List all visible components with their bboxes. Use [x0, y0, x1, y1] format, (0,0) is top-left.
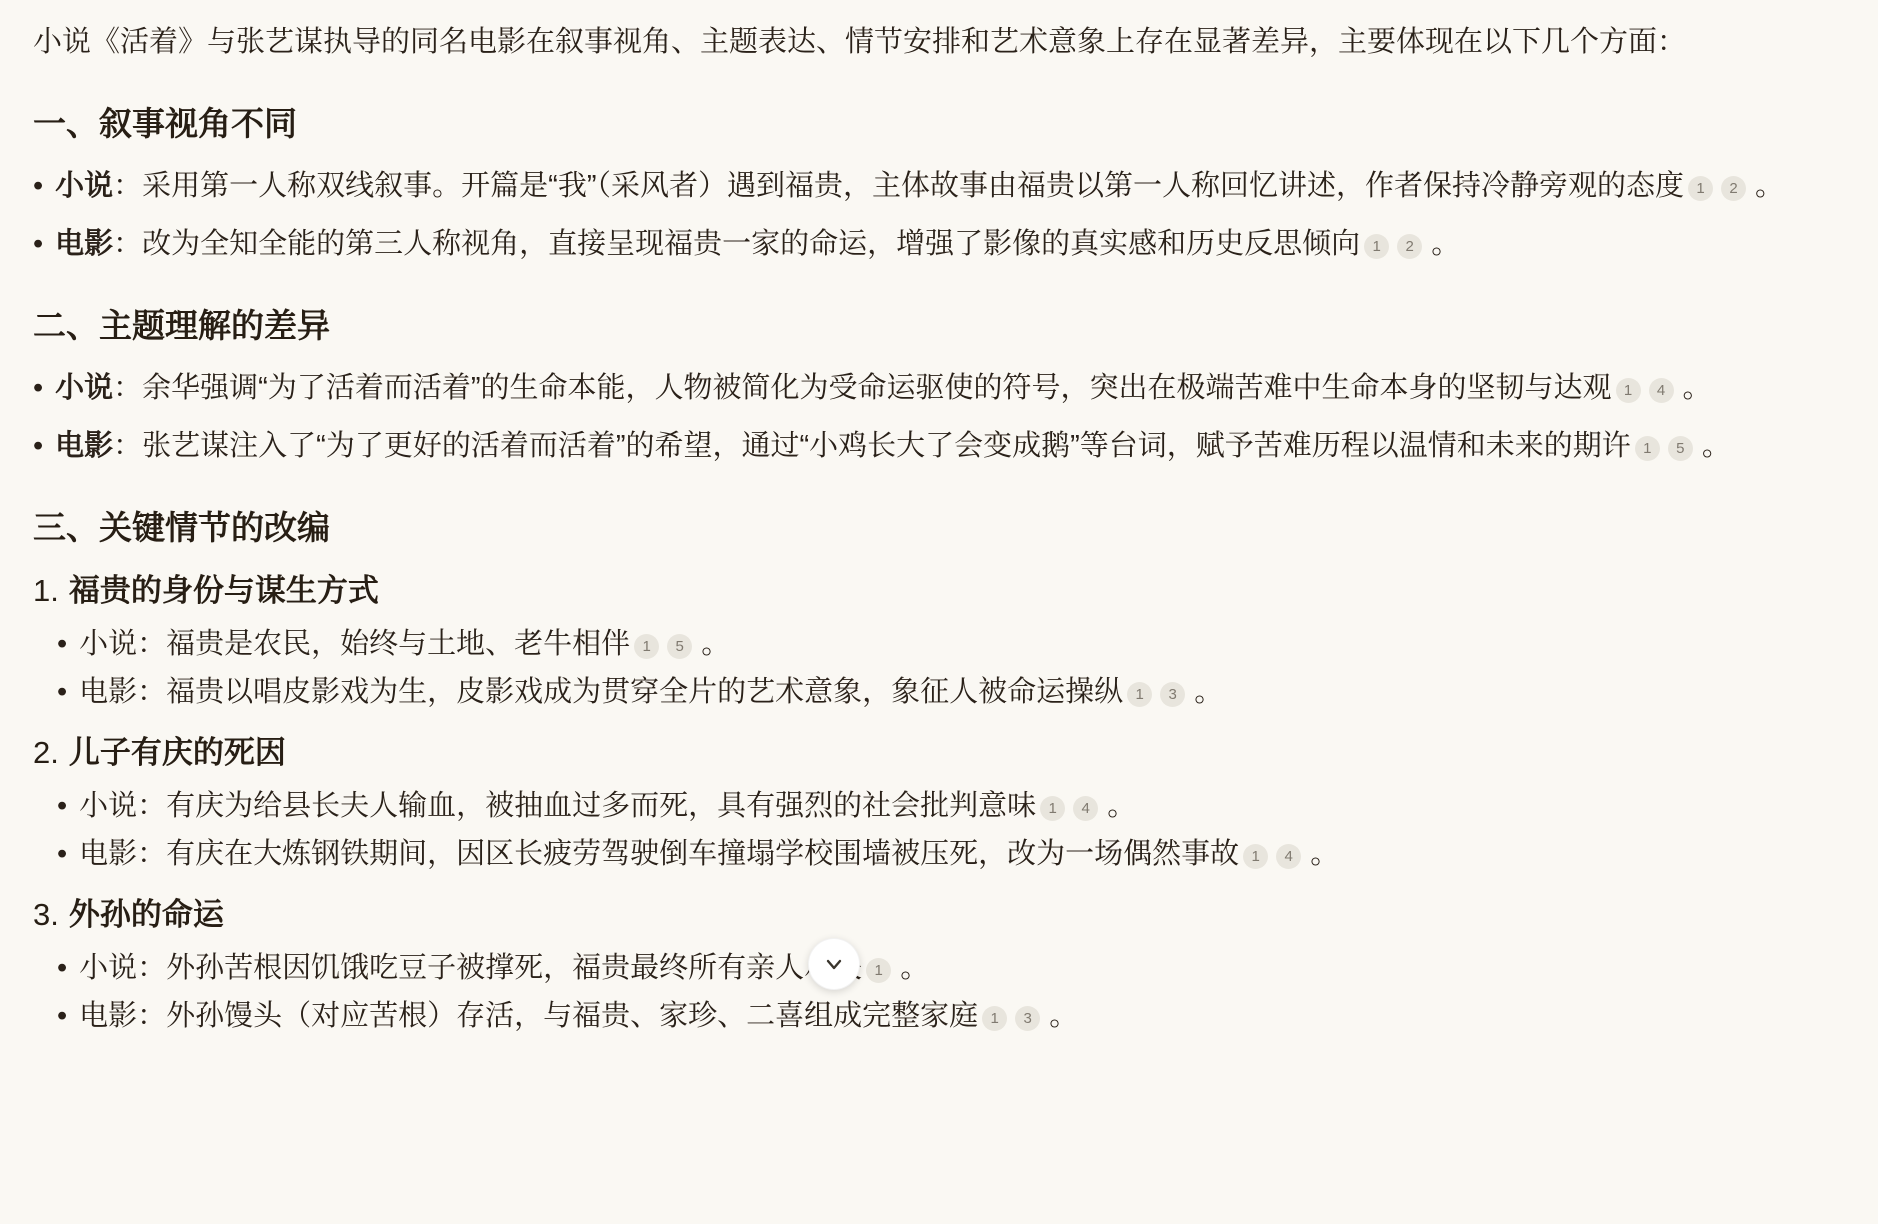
bullet-item: •电影：张艺谋注入了“为了更好的活着而活着”的希望，通过“小鸡长大了会变成鹅”等…: [33, 426, 1845, 466]
bullet-text: ：外孙苦根因饥饿吃豆子被撑死，福贵最终所有亲人尽失: [137, 952, 862, 984]
bullet-text: ：福贵以唱皮影戏为生，皮影戏成为贯穿全片的艺术意象，象征人被命运操纵: [137, 676, 1123, 708]
section-heading: 三、关键情节的改编: [33, 506, 1845, 550]
bullet-dot: •: [33, 170, 43, 202]
bullet-dot: •: [57, 952, 67, 984]
citation-badge[interactable]: 1: [1364, 234, 1389, 259]
bullet-label: 电影: [55, 228, 113, 260]
bullet-label: 电影: [79, 676, 137, 708]
scroll-to-bottom-button[interactable]: [808, 938, 860, 990]
bullet-text: ：张艺谋注入了“为了更好的活着而活着”的希望，通过“小鸡长大了会变成鹅”等台词，…: [113, 430, 1631, 462]
bullet-label: 小说: [79, 790, 137, 822]
citation-badge[interactable]: 1: [1243, 844, 1268, 869]
bullet-period: 。: [1702, 430, 1731, 462]
bullet-item: •电影：改为全知全能的第三人称视角，直接呈现福贵一家的命运，增强了影像的真实感和…: [33, 224, 1845, 264]
citation-badge[interactable]: 1: [1688, 176, 1713, 201]
intro-paragraph: 小说《活着》与张艺谋执导的同名电影在叙事视角、主题表达、情节安排和艺术意象上存在…: [33, 22, 1845, 62]
bullet-item: •电影：福贵以唱皮影戏为生，皮影戏成为贯穿全片的艺术意象，象征人被命运操纵13。: [33, 672, 1845, 712]
bullet-item: •电影：有庆在大炼钢铁期间，因区长疲劳驾驶倒车撞塌学校围墙被压死，改为一场偶然事…: [33, 834, 1845, 874]
bullet-period: 。: [1755, 170, 1784, 202]
citation-badge[interactable]: 4: [1073, 796, 1098, 821]
subsection-title: 外孙的命运: [69, 897, 224, 932]
bullet-period: 。: [900, 952, 929, 984]
bullet-item: •小说：福贵是农民，始终与土地、老牛相伴15。: [33, 624, 1845, 664]
subsection-heading: 1.福贵的身份与谋生方式: [33, 570, 1845, 612]
bullet-item: •小说：余华强调“为了活着而活着”的生命本能，人物被简化为受命运驱使的符号，突出…: [33, 368, 1845, 408]
citation-badge[interactable]: 2: [1397, 234, 1422, 259]
chat-response: 小说《活着》与张艺谋执导的同名电影在叙事视角、主题表达、情节安排和艺术意象上存在…: [0, 0, 1878, 1036]
bullet-label: 小说: [79, 952, 137, 984]
bullet-period: 。: [1107, 790, 1136, 822]
sections: 一、叙事视角不同•小说：采用第一人称双线叙事。开篇是“我”（采风者）遇到福贵，主…: [33, 102, 1845, 1036]
bullet-dot: •: [57, 790, 67, 822]
bullet-text: ：有庆在大炼钢铁期间，因区长疲劳驾驶倒车撞塌学校围墙被压死，改为一场偶然事故: [137, 838, 1239, 870]
bullet-period: 。: [1310, 838, 1339, 870]
bullet-dot: •: [33, 430, 43, 462]
bullet-label: 小说: [79, 628, 137, 660]
subsection-number: 1.: [33, 573, 59, 608]
subsection-heading: 2.儿子有庆的死因: [33, 732, 1845, 774]
bullet-dot: •: [33, 372, 43, 404]
subsection-heading: 3.外孙的命运: [33, 894, 1845, 936]
bullet-text: ：采用第一人称双线叙事。开篇是“我”（采风者）遇到福贵，主体故事由福贵以第一人称…: [113, 170, 1684, 202]
section-heading: 二、主题理解的差异: [33, 304, 1845, 348]
bullet-dot: •: [57, 676, 67, 708]
bullet-text: ：有庆为给县长夫人输血，被抽血过多而死，具有强烈的社会批判意味: [137, 790, 1036, 822]
bullet-label: 小说: [55, 170, 113, 202]
citation-badge[interactable]: 4: [1276, 844, 1301, 869]
bullet-period: 。: [1194, 676, 1223, 708]
chevron-down-icon: [820, 950, 848, 978]
subsection-title: 儿子有庆的死因: [69, 735, 286, 770]
bullet-label: 小说: [55, 372, 113, 404]
citation-badge[interactable]: 5: [1668, 436, 1693, 461]
bullet-dot: •: [57, 628, 67, 660]
bullet-text: ：外孙馒头（对应苦根）存活，与福贵、家珍、二喜组成完整家庭: [137, 1000, 978, 1032]
citation-badge[interactable]: 1: [634, 634, 659, 659]
subsection-number: 2.: [33, 735, 59, 770]
bullet-period: 。: [1683, 372, 1712, 404]
bullet-label: 电影: [79, 1000, 137, 1032]
bullet-item: •小说：外孙苦根因饥饿吃豆子被撑死，福贵最终所有亲人尽失1。: [33, 948, 1845, 988]
bullet-period: 。: [701, 628, 730, 660]
bullet-period: 。: [1431, 228, 1460, 260]
bullet-label: 电影: [79, 838, 137, 870]
citation-badge[interactable]: 1: [1040, 796, 1065, 821]
bullet-item: •小说：采用第一人称双线叙事。开篇是“我”（采风者）遇到福贵，主体故事由福贵以第…: [33, 166, 1845, 206]
bullet-label: 电影: [55, 430, 113, 462]
bullet-text: ：余华强调“为了活着而活着”的生命本能，人物被简化为受命运驱使的符号，突出在极端…: [113, 372, 1611, 404]
citation-badge[interactable]: 3: [1160, 682, 1185, 707]
citation-badge[interactable]: 1: [866, 958, 891, 983]
citation-badge[interactable]: 1: [982, 1006, 1007, 1031]
citation-badge[interactable]: 1: [1635, 436, 1660, 461]
bullet-period: 。: [1049, 1000, 1078, 1032]
subsection-number: 3.: [33, 897, 59, 932]
bullet-item: •小说：有庆为给县长夫人输血，被抽血过多而死，具有强烈的社会批判意味14。: [33, 786, 1845, 826]
citation-badge[interactable]: 4: [1649, 378, 1674, 403]
bullet-text: ：改为全知全能的第三人称视角，直接呈现福贵一家的命运，增强了影像的真实感和历史反…: [113, 228, 1360, 260]
bullet-dot: •: [57, 1000, 67, 1032]
citation-badge[interactable]: 5: [667, 634, 692, 659]
bullet-item: •电影：外孙馒头（对应苦根）存活，与福贵、家珍、二喜组成完整家庭13。: [33, 996, 1845, 1036]
citation-badge[interactable]: 2: [1721, 176, 1746, 201]
section-heading: 一、叙事视角不同: [33, 102, 1845, 146]
subsection-title: 福贵的身份与谋生方式: [69, 573, 379, 608]
citation-badge[interactable]: 1: [1127, 682, 1152, 707]
citation-badge[interactable]: 3: [1015, 1006, 1040, 1031]
bullet-dot: •: [33, 228, 43, 260]
bullet-text: ：福贵是农民，始终与土地、老牛相伴: [137, 628, 630, 660]
bullet-dot: •: [57, 838, 67, 870]
citation-badge[interactable]: 1: [1616, 378, 1641, 403]
